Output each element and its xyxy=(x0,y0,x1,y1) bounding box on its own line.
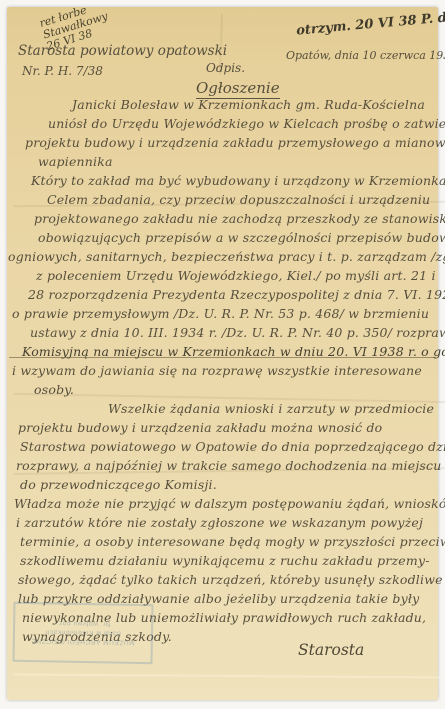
handwritten-line: 28 rozporządzenia Prezydenta Rzeczypospo… xyxy=(28,285,435,304)
handwritten-line: projektu budowy i urządzenia zakładu moż… xyxy=(18,418,435,437)
copy-label: Odpis. xyxy=(206,61,245,75)
handwritten-line: szkodliwemu działaniu wynikającemu z ruc… xyxy=(20,551,435,570)
reference-number: Nr. P. H. 7/38 xyxy=(22,64,103,78)
handwritten-line: i zarzutów które nie zostały zgłoszone w… xyxy=(16,513,435,532)
handwritten-line: wapiennika xyxy=(38,152,435,171)
handwritten-line: Celem zbadania, czy przeciw dopuszczalno… xyxy=(47,190,435,209)
handwritten-line: Wszelkie żądania wnioski i zarzuty w prz… xyxy=(108,399,435,418)
pencil-rule-line xyxy=(9,357,436,358)
handwritten-line: Komisyjną na miejscu w Krzemionkach w dn… xyxy=(22,342,435,361)
handwritten-line: projektowanego zakładu nie zachodzą prze… xyxy=(34,209,435,228)
handwritten-line: osoby. xyxy=(34,380,435,399)
scanned-document-view: ret łorbe Stawałkowy 26 VI 38 otrzym. 20… xyxy=(0,0,445,709)
handwritten-line: Władza może nie przyjąć w dalszym postęp… xyxy=(14,494,435,513)
handwritten-line: Starostwa powiatowego w Opatowie do dnia… xyxy=(20,437,435,456)
handwritten-line: do przewodniczącego Komisji. xyxy=(20,475,435,494)
handwritten-line: obowiązujących przepisów a w szczególnoś… xyxy=(38,228,435,247)
body-text: Janicki Bolesław w Krzemionkach gm. Ruda… xyxy=(20,95,435,646)
handwritten-line: ogniowych, sanitarnych, bezpieczeństwa p… xyxy=(8,247,435,266)
handwritten-line: projektu budowy i urządzenia zakładu prz… xyxy=(25,133,435,152)
office-name: Starosta powiatowy opatowski xyxy=(18,43,227,59)
handwritten-line: i wzywam do jawiania się na rozprawę wsz… xyxy=(12,361,435,380)
handwritten-line: uniósł do Urzędu Wojewódzkiego w Kielcac… xyxy=(48,114,435,133)
handwritten-line: Który to zakład ma być wybudowany i urzą… xyxy=(31,171,435,190)
signature: Starosta xyxy=(298,641,364,659)
crease-line xyxy=(14,673,445,678)
handwritten-line: z poleceniem Urzędu Wojewódzkiego, Kiel.… xyxy=(36,266,435,285)
stamp-line: Dział w Krzemionkach xyxy=(45,628,121,638)
handwritten-line: Janicki Bolesław w Krzemionkach gm. Ruda… xyxy=(72,95,435,114)
handwritten-line: ustawy z dnia 10. III. 1934 r. /Dz. U. R… xyxy=(30,323,435,342)
stamp-line: Nr. wpływu poz. xyxy=(56,619,111,629)
handwritten-line: o prawie przemysłowym /Dz. U. R. P. Nr. … xyxy=(12,304,435,323)
handwritten-line: rozprawy, a najpóźniej w trakcie samego … xyxy=(16,456,435,475)
handwritten-line: słowego, żądać tylko takich urządzeń, kt… xyxy=(18,570,435,589)
archive-stamp: MUZEUM ARCHEOLOGICZNE Dział w Krzemionka… xyxy=(12,602,153,664)
place-date: Opatów, dnia 10 czerwca 1938 r. xyxy=(286,49,445,62)
handwritten-line: terminie, a osoby interesowane będą mogł… xyxy=(20,532,435,551)
stamp-line: MUZEUM ARCHEOLOGICZNE xyxy=(31,637,135,648)
